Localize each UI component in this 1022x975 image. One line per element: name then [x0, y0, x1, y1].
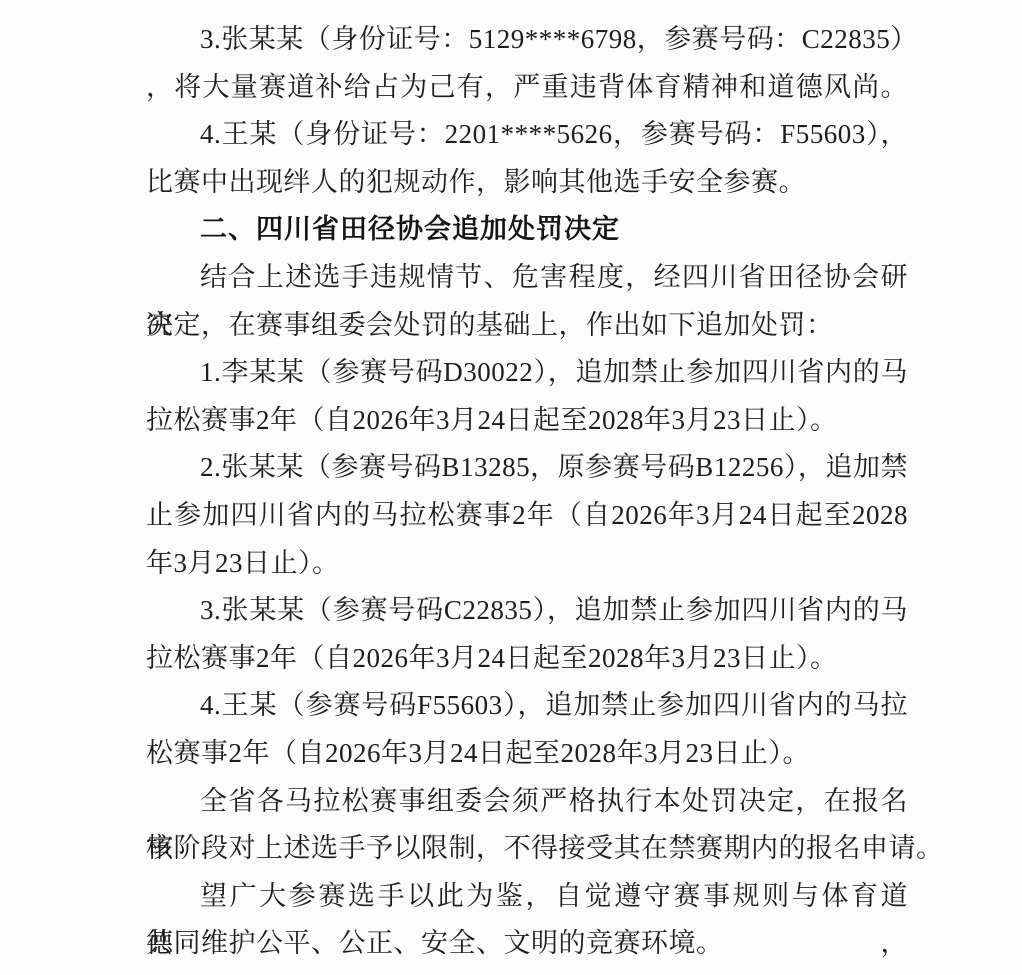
- document-line: 结合上述选手违规情节、危害程度，经四川省田径协会研究: [146, 254, 908, 302]
- document-line: 年3月23日止）。: [146, 540, 908, 588]
- document-line: 松赛事2年（自2026年3月24日起至2028年3月23日止）。: [146, 730, 908, 778]
- document-line: 比赛中出现绊人的犯规动作，影响其他选手安全参赛。: [146, 159, 908, 207]
- document-line: 拉松赛事2年（自2026年3月24日起至2028年3月23日止）。: [146, 397, 908, 445]
- document-line: 1.李某某（参赛号码D30022），追加禁止参加四川省内的马: [146, 349, 908, 397]
- document-page: 3.张某某（身份证号：5129****6798，参赛号码：C22835），将大量…: [0, 0, 1022, 975]
- document-line: 拉松赛事2年（自2026年3月24日起至2028年3月23日止）。: [146, 635, 908, 683]
- document-body: 3.张某某（身份证号：5129****6798，参赛号码：C22835），将大量…: [146, 16, 908, 968]
- document-line: 望广大参赛选手以此为鉴，自觉遵守赛事规则与体育道德，: [146, 873, 908, 921]
- section-heading: 二、四川省田径协会追加处罚决定: [146, 206, 908, 254]
- document-line: 3.张某某（身份证号：5129****6798，参赛号码：C22835）: [146, 16, 908, 64]
- document-line: 核阶段对上述选手予以限制，不得接受其在禁赛期内的报名申请。: [146, 825, 908, 873]
- document-line: 止参加四川省内的马拉松赛事2年（自2026年3月24日起至2028: [146, 492, 908, 540]
- document-line: ，将大量赛道补给占为己有，严重违背体育精神和道德风尚。: [146, 64, 908, 112]
- document-line: 3.张某某（参赛号码C22835），追加禁止参加四川省内的马: [146, 587, 908, 635]
- document-line: 全省各马拉松赛事组委会须严格执行本处罚决定，在报名审: [146, 778, 908, 826]
- document-line: 2.张某某（参赛号码B13285，原参赛号码B12256），追加禁: [146, 444, 908, 492]
- document-line: 决定，在赛事组委会处罚的基础上，作出如下追加处罚：: [146, 302, 908, 350]
- document-line: 4.王某（参赛号码F55603），追加禁止参加四川省内的马拉: [146, 682, 908, 730]
- document-line: 4.王某（身份证号：2201****5626，参赛号码：F55603），: [146, 111, 908, 159]
